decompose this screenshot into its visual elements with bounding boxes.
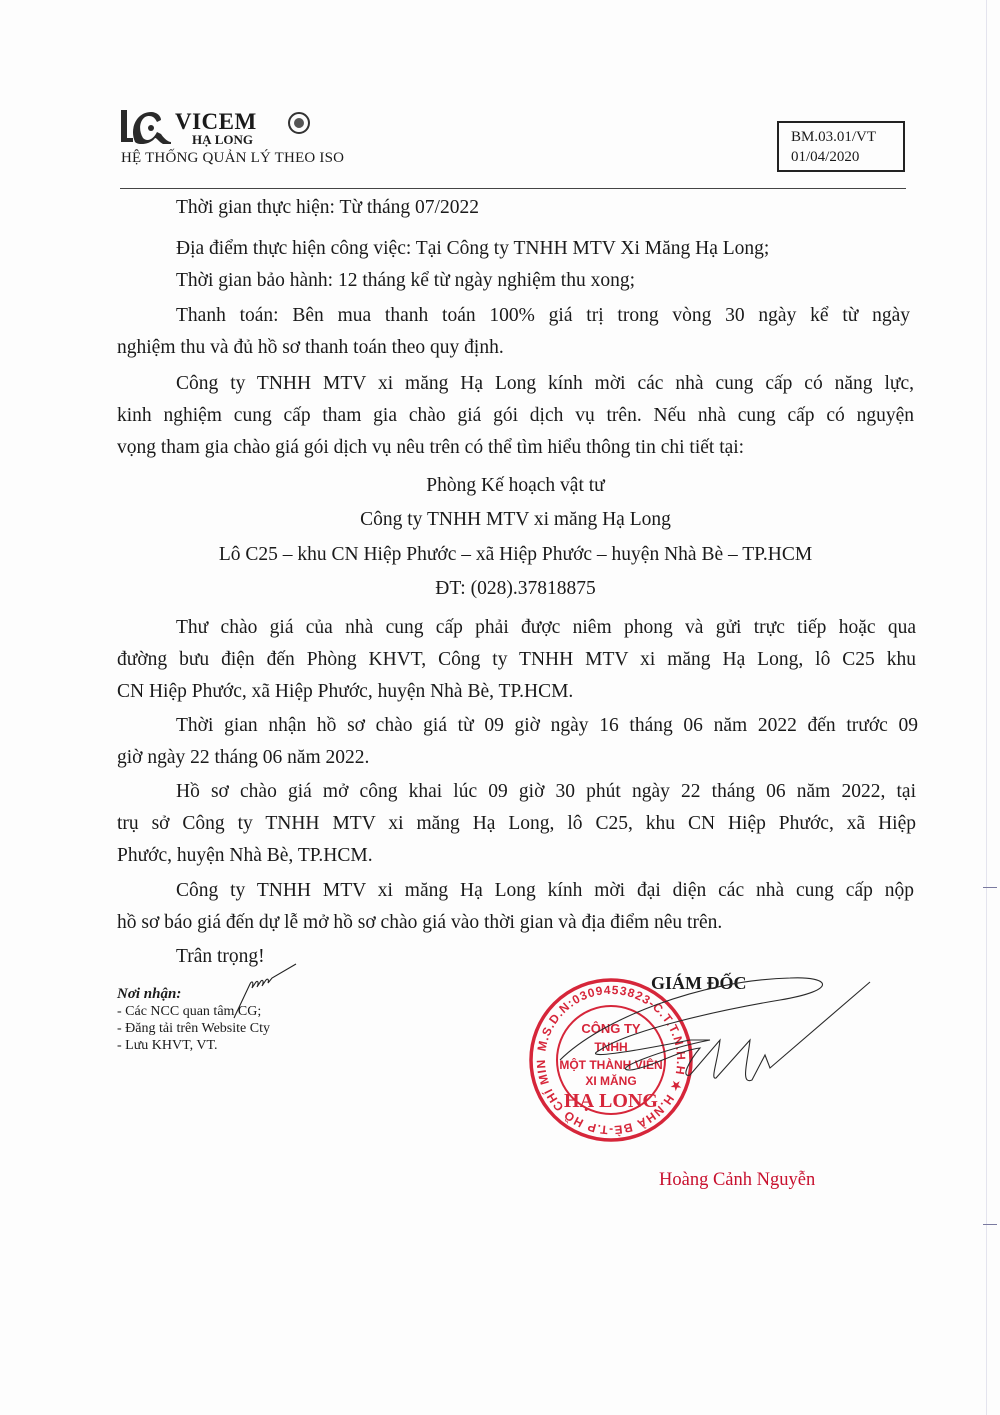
body-line: Công ty TNHH MTV xi măng Hạ Long kính mờ… (176, 372, 914, 396)
scan-margin-tick (983, 887, 997, 888)
signer-name: Hoàng Cảnh Nguyễn (659, 1170, 815, 1191)
director-signature-icon (540, 960, 880, 1110)
body-line: đường bưu điện đến Phòng KHVT, Công ty T… (117, 648, 916, 672)
body-line: Địa điểm thực hiện công việc: Tại Công t… (176, 237, 769, 261)
header-divider (120, 188, 906, 189)
body-line: giờ ngày 22 tháng 06 năm 2022. (117, 746, 369, 770)
body-line: Thời gian nhận hồ sơ chào giá từ 09 giờ … (176, 714, 918, 738)
document-page: VICEM HẠ LONG HỆ THỐNG QUẢN LÝ THEO ISO … (0, 0, 1000, 1415)
body-line: Hồ sơ chào giá mở công khai lúc 09 giờ 3… (176, 780, 916, 804)
contact-company: Công ty TNHH MTV xi măng Hạ Long (117, 508, 914, 532)
body-line: Thời gian bảo hành: 12 tháng kể từ ngày … (176, 269, 635, 293)
scan-margin-line (986, 0, 987, 1415)
recipient-item: - Đăng tải trên Website Cty (117, 1020, 270, 1037)
body-line: Thời gian thực hiện: Từ tháng 07/2022 (176, 196, 479, 220)
body-line: Thư chào giá của nhà cung cấp phải được … (176, 616, 916, 640)
body-line: nghiệm thu và đủ hồ sơ thanh toán theo q… (117, 336, 504, 360)
contact-department: Phòng Kế hoạch vật tư (117, 474, 914, 498)
body-line: Công ty TNHH MTV xi măng Hạ Long kính mờ… (176, 879, 914, 903)
form-code: BM.03.01/VT (791, 127, 903, 147)
body-line: trụ sở Công ty TNHH MTV xi măng Hạ Long,… (117, 812, 916, 836)
body-line: vọng tham gia chào giá gói dịch vụ nêu t… (117, 436, 744, 460)
body-line: Phước, huyện Nhà Bè, TP.HCM. (117, 844, 373, 868)
vicem-logo-mark-icon (117, 108, 173, 144)
recipient-item: - Lưu KHVT, VT. (117, 1037, 270, 1054)
body-line: kinh nghiệm cung cấp tham gia chào giá g… (117, 404, 914, 428)
form-date: 01/04/2020 (791, 147, 903, 167)
contact-address: Lô C25 – khu CN Hiệp Phước – xã Hiệp Phư… (117, 543, 914, 567)
form-code-box: BM.03.01/VT 01/04/2020 (777, 121, 905, 172)
body-line: Thanh toán: Bên mua thanh toán 100% giá … (176, 304, 910, 328)
contact-phone: ĐT: (028).37818875 (117, 577, 914, 601)
body-line: CN Hiệp Phước, xã Hiệp Phước, huyện Nhà … (117, 680, 573, 704)
logo-subbrand: HẠ LONG (192, 132, 253, 148)
initial-signature-icon (228, 950, 298, 1020)
body-line: hồ sơ báo giá đến dự lễ mở hồ sơ chào gi… (117, 911, 722, 935)
scan-margin-tick (983, 1224, 997, 1225)
iso-seal-icon (288, 112, 310, 134)
iso-system-label: HỆ THỐNG QUẢN LÝ THEO ISO (121, 150, 344, 167)
